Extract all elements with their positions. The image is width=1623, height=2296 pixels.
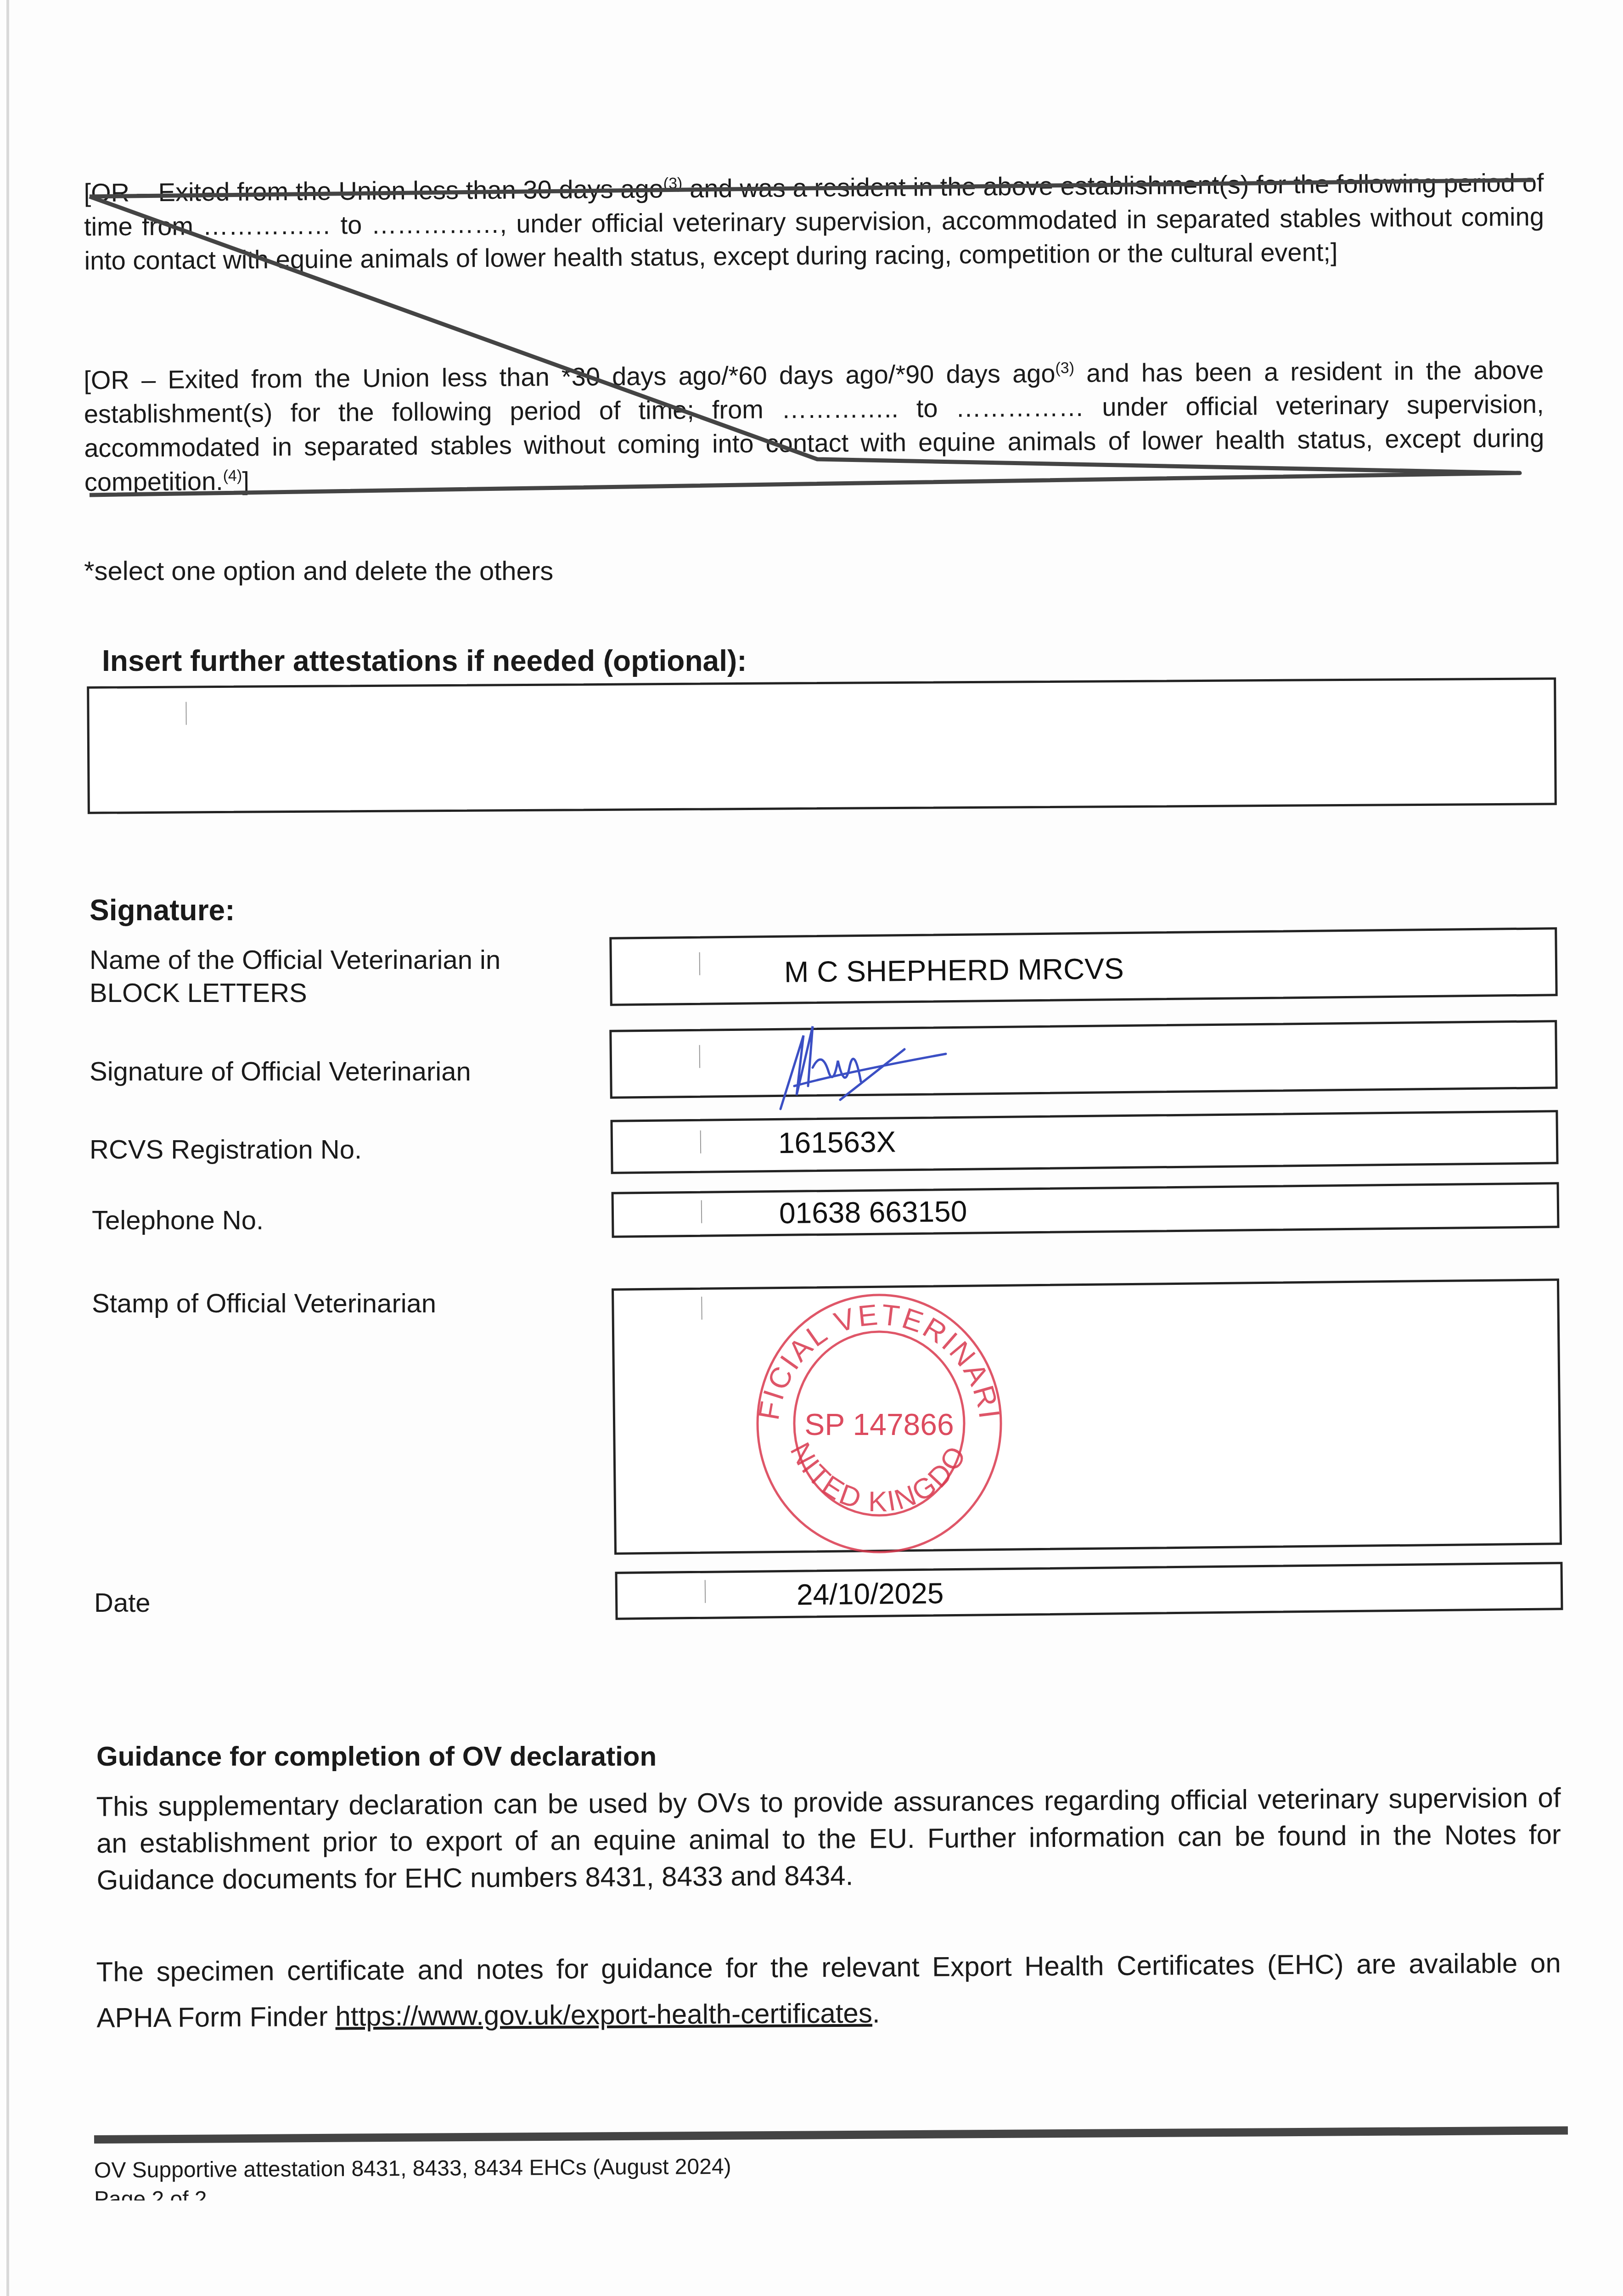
guidance-heading: Guidance for completion of OV declaratio… (96, 1740, 657, 1772)
field-marker (701, 1297, 702, 1320)
rcvs-value: 161563X (778, 1125, 896, 1160)
telephone-field[interactable]: 01638 663150 (612, 1182, 1560, 1238)
rcvs-label: RCVS Registration No. (90, 1133, 362, 1166)
telephone-label: Telephone No. (92, 1204, 264, 1237)
field-marker (701, 1200, 702, 1223)
name-label: Name of the Official Veterinarian in BLO… (90, 944, 595, 1010)
date-label: Date (94, 1587, 151, 1620)
footer-page-number: Page 2 of 2 (94, 2187, 207, 2200)
field-marker (699, 952, 701, 975)
export-health-certificates-link[interactable]: https://www.gov.uk/export-health-certifi… (335, 1998, 872, 2032)
name-value: M C SHEPHERD MRCVS (784, 951, 1124, 989)
further-attestations-field[interactable] (87, 677, 1557, 814)
document-page: [OR – Exited from the Union less than 30… (0, 0, 1623, 2296)
further-attestations-heading: Insert further attestations if needed (o… (102, 644, 747, 678)
telephone-value: 01638 663150 (779, 1194, 967, 1230)
field-marker (705, 1580, 706, 1603)
field-marker (699, 1045, 701, 1068)
guidance-paragraph-1: This supplementary declaration can be us… (96, 1779, 1561, 1898)
option-b-text: [OR – Exited from the Union less than *3… (84, 359, 1056, 394)
signature-label: Signature of Official Veterinarian (90, 1055, 471, 1088)
field-marker (700, 1131, 702, 1154)
signature-field[interactable] (609, 1020, 1557, 1099)
option-b-paragraph: [OR – Exited from the Union less than *3… (84, 353, 1544, 499)
handwritten-signature (753, 1017, 960, 1127)
select-note: *select one option and delete the others (84, 555, 553, 588)
official-veterinarian-stamp: OFFICIAL VETERINARIAN UNITED KINGDOM SP … (741, 1279, 1017, 1564)
guidance-paragraph-2: The specimen certificate and notes for g… (96, 1940, 1561, 2041)
name-field[interactable]: M C SHEPHERD MRCVS (609, 927, 1557, 1006)
footer-title: OV Supportive attestation 8431, 8433, 84… (94, 2154, 731, 2183)
rcvs-field[interactable]: 161563X (610, 1110, 1558, 1174)
guidance-text-end: . (872, 1998, 880, 2028)
date-value: 24/10/2025 (797, 1576, 944, 1611)
field-marker (185, 702, 186, 725)
signature-heading: Signature: (90, 893, 235, 927)
option-a-text: [OR – Exited from the Union less than 30… (84, 174, 663, 207)
stamp-top-text: OFFICIAL VETERINARIAN (741, 1279, 1006, 1422)
date-field[interactable]: 24/10/2025 (615, 1562, 1563, 1620)
footnote-ref: (3) (1055, 359, 1074, 377)
option-a-paragraph: [OR – Exited from the Union less than 30… (84, 166, 1544, 278)
svg-text:OFFICIAL VETERINARIAN: OFFICIAL VETERINARIAN (741, 1279, 1006, 1422)
option-b-text-end: ] (242, 467, 249, 495)
footer-divider (94, 2126, 1568, 2144)
stamp-label: Stamp of Official Veterinarian (92, 1287, 436, 1320)
scan-edge (6, 0, 9, 2296)
footnote-ref: (4) (223, 467, 242, 484)
stamp-center-text: SP 147866 (804, 1407, 954, 1441)
footnote-ref: (3) (663, 174, 683, 192)
